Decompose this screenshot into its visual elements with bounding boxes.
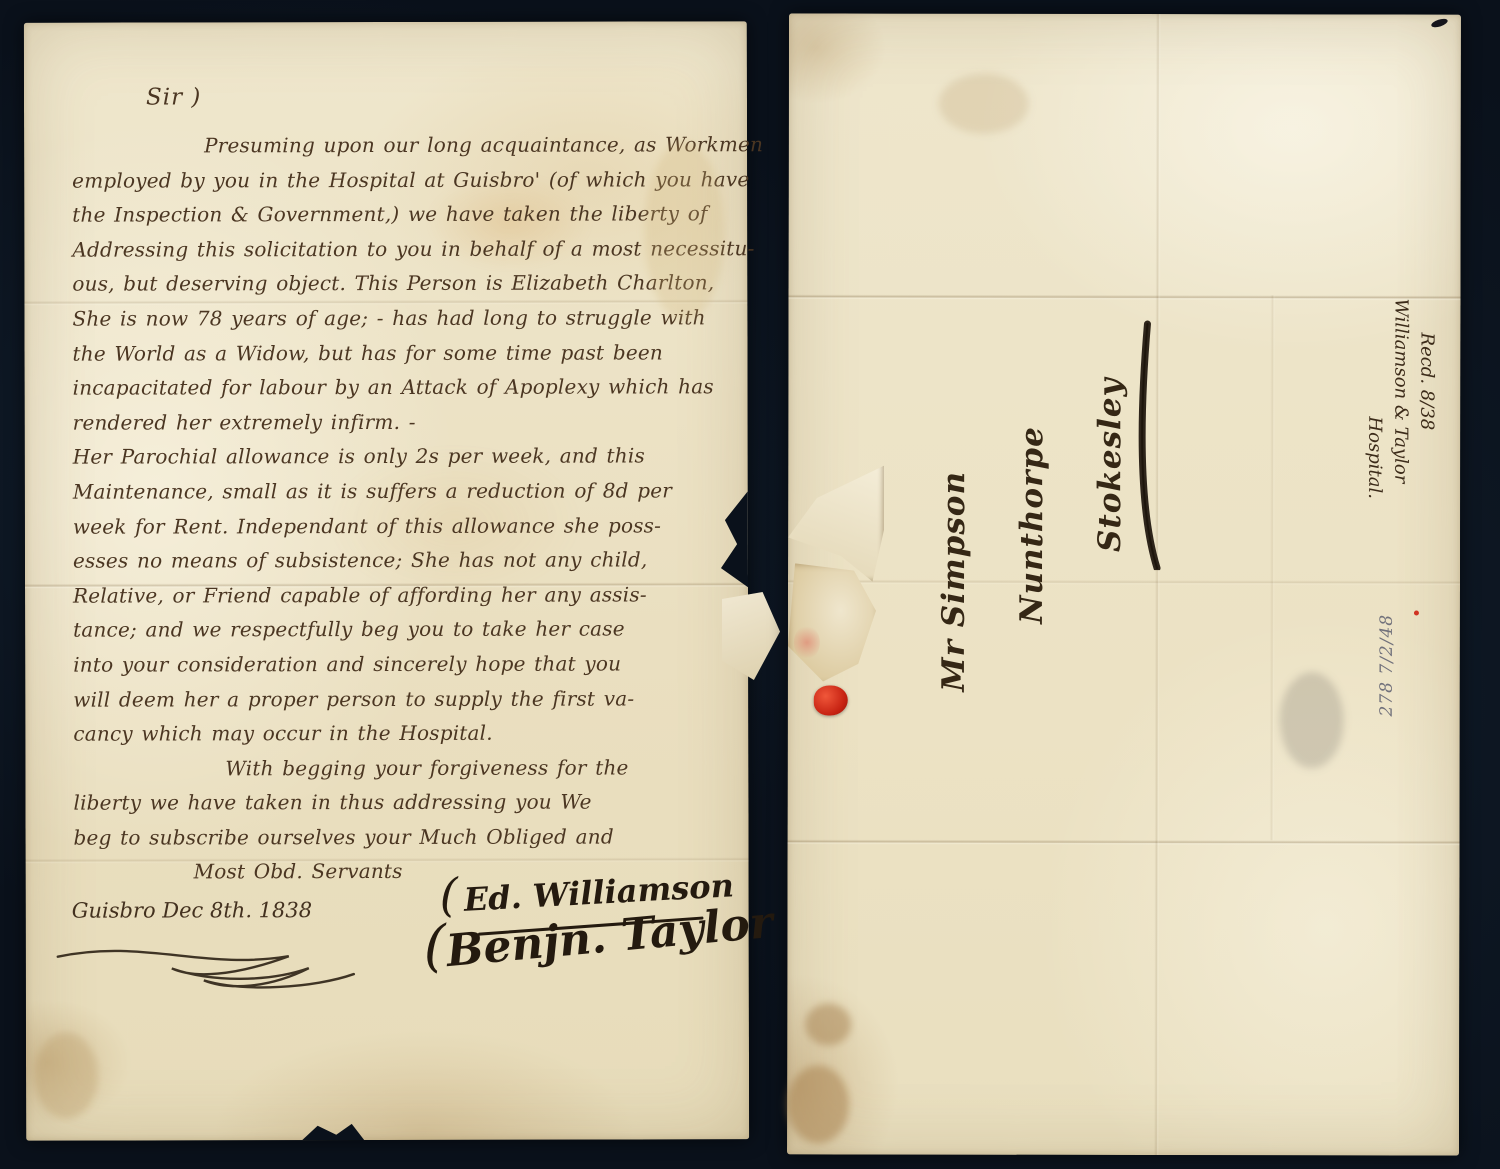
address-place: Nunthorpe — [993, 320, 1072, 720]
dateline: Guisbro Dec 8th. 1838 — [72, 898, 312, 923]
letter-line: Presuming upon our long acquaintance, as… — [72, 127, 706, 163]
docket-received-date: Recd. 8/38 — [1413, 299, 1440, 599]
letter-line: Maintenance, small as it is suffers a re… — [73, 473, 707, 509]
letter-line: the World as a Widow, but has for some t… — [72, 335, 706, 371]
letter-line: Her Parochial allowance is only 2s per w… — [73, 439, 707, 475]
letter-line: Relative, or Friend capable of affording… — [73, 577, 707, 613]
salutation: Sir ) — [146, 84, 201, 110]
letter-line: She is now 78 years of age; - has had lo… — [72, 300, 706, 336]
letter-line: the Inspection & Government,) we have ta… — [72, 197, 706, 233]
torn-paper-flap — [788, 465, 884, 581]
wax-speck — [1414, 611, 1419, 616]
letter-line: cancy which may occur in the Hospital. — [73, 715, 707, 751]
letter-line: employed by you in the Hospital at Guisb… — [72, 162, 706, 198]
fold-crease — [1154, 14, 1161, 1155]
ink-mark — [1430, 17, 1448, 29]
address-page: Mr Simpson Nunthorpe Stokesley Recd. 8/3… — [787, 13, 1461, 1155]
stain — [787, 1065, 849, 1143]
docket-block: Recd. 8/38 Williamson & Taylor Hospital. — [1361, 298, 1440, 598]
stain — [805, 1003, 851, 1045]
letter-line: liberty we have taken in thus addressing… — [73, 785, 707, 821]
address-block: Mr Simpson Nunthorpe Stokesley — [915, 320, 1156, 720]
letter-line: week for Rent. Independant of this allow… — [73, 508, 707, 544]
letter-line: incapacitated for labour by an Attack of… — [73, 369, 707, 405]
fold-crease — [788, 839, 1460, 845]
docket-senders: Williamson & Taylor — [1387, 298, 1414, 598]
letter-line: esses no means of subsistence; She has n… — [73, 542, 707, 578]
letter-line: into your consideration and sincerely ho… — [73, 646, 707, 682]
address-recipient: Mr Simpson — [915, 320, 994, 720]
letter-line: With begging your forgiveness for the — [73, 750, 707, 786]
pencil-reference-note: 278 7/2/48 — [1377, 586, 1399, 716]
stain — [34, 1033, 98, 1119]
fold-crease — [1270, 295, 1276, 840]
letter-line: ous, but deserving object. This Person i… — [72, 266, 706, 302]
address-flourish-icon — [1137, 320, 1163, 570]
letter-body: Presuming upon our long acquaintance, as… — [72, 127, 708, 889]
paper-tear — [302, 1122, 364, 1140]
signature-brace-icon: ( — [424, 914, 446, 979]
docket-subject: Hospital. — [1361, 298, 1388, 598]
letter-line: beg to subscribe ourselves your Much Obl… — [74, 819, 708, 855]
seal-residue — [794, 625, 820, 659]
stain — [644, 141, 724, 321]
letter-line: Addressing this solicitation to you in b… — [72, 231, 706, 267]
letter-line: rendered her extremely infirm. - — [73, 404, 707, 440]
fold-crease — [788, 294, 1460, 300]
smudge — [1280, 672, 1344, 768]
wax-seal — [814, 685, 848, 715]
paper-tear — [721, 491, 748, 587]
letter-line: will deem her a proper person to supply … — [73, 681, 707, 717]
letter-page: Sir ) Presuming upon our long acquaintan… — [24, 21, 749, 1141]
letter-line: tance; and we respectfully beg you to ta… — [73, 612, 707, 648]
scanned-letter-scene: Sir ) Presuming upon our long acquaintan… — [0, 0, 1500, 1169]
stain — [939, 74, 1029, 134]
